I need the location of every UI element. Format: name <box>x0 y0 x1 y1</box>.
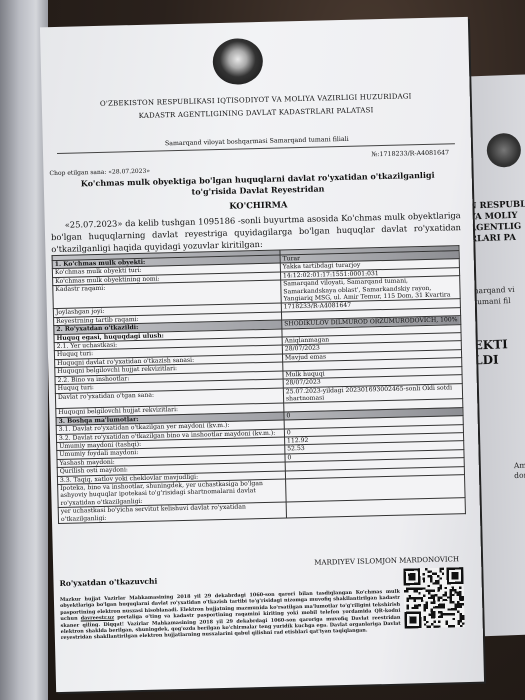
legal-footnote: Mazkur hujjat Vazirlar Mahkamasining 201… <box>60 589 401 642</box>
back-address-line: don <box>514 471 525 481</box>
registration-number: №:1718233/R-A4081647 <box>371 149 449 158</box>
state-emblem-icon <box>486 133 521 168</box>
registrar-name: MARDIYEV ISLOMJON MARDONOVICH <box>314 555 459 567</box>
print-date: Chop etilgan sana: «28.07.2023» <box>49 168 150 177</box>
back-org-line: RLARI PA <box>470 233 516 246</box>
back-filial-line: narqand vi <box>474 285 515 296</box>
back-filial-line: tumani fil <box>474 296 511 307</box>
cadastral-extract-document: O'ZBEKISTON RESPUBLIKASI IQTISODIYOT VA … <box>40 17 484 692</box>
field-value <box>286 498 465 518</box>
back-title-line: EKTI <box>473 337 508 352</box>
binder-page-edge <box>0 0 48 700</box>
back-title-line: LDI <box>474 353 499 368</box>
back-address-line: Ami <box>514 461 525 472</box>
qr-code-icon <box>403 567 464 628</box>
registrar-label: Ro'yxatdan o'tkazuvchi <box>59 577 157 588</box>
state-emblem-icon <box>212 38 263 85</box>
registry-table: 1. Ko'chmas mulk obyekti:TurarKo'chmas m… <box>52 245 466 524</box>
